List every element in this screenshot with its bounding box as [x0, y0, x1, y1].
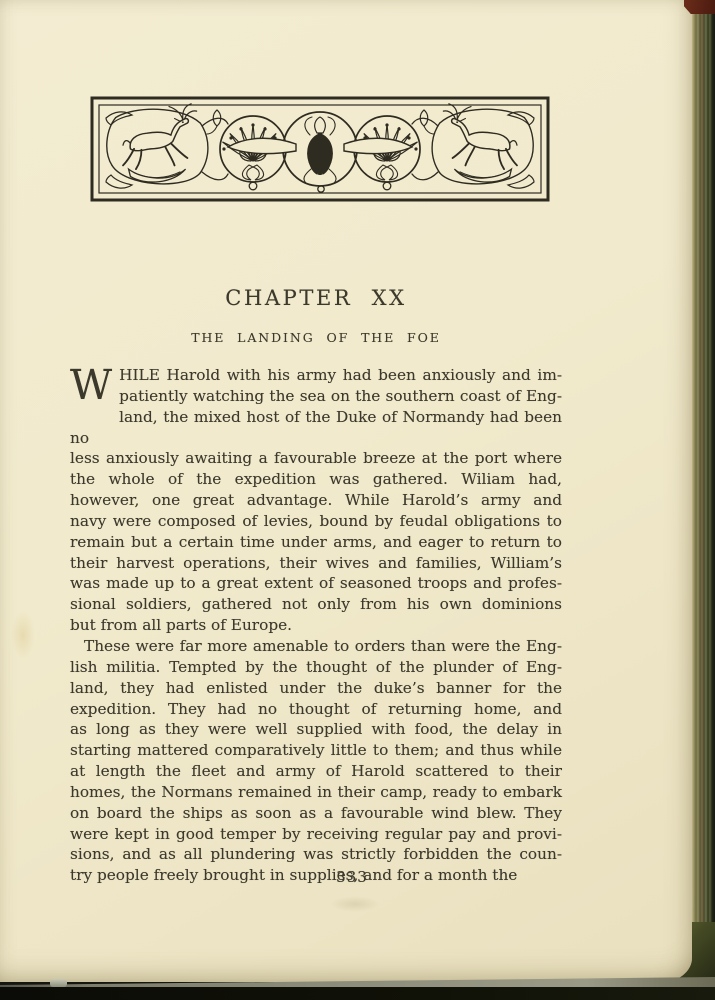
text-line: sions, and as all plundering was strictl…	[70, 844, 562, 865]
text-line: as long as they were well supplied with …	[70, 719, 562, 740]
text-line: starting mattered comparatively little t…	[70, 740, 562, 761]
book-photo: CHAPTER XX THE LANDING OF THE FOE W HILE…	[0, 0, 715, 1000]
text-line: expedition. They had no thought of retur…	[70, 699, 562, 720]
paragraph: W HILE Harold with his army had been anx…	[70, 365, 562, 636]
text-line: sional soldiers, gathered not only from …	[70, 594, 562, 615]
text-line: patiently watching the sea on the southe…	[70, 386, 562, 407]
text-line: but from all parts of Europe.	[70, 615, 562, 636]
text-line: These were far more amenable to orders t…	[70, 636, 562, 657]
text-line: remain but a certain time under arms, an…	[70, 532, 562, 553]
text-line: homes, the Normans remained in their cam…	[70, 782, 562, 803]
deer-left-icon	[107, 104, 208, 184]
body-text: W HILE Harold with his army had been anx…	[70, 365, 562, 886]
book-page: CHAPTER XX THE LANDING OF THE FOE W HILE…	[0, 0, 692, 982]
page-edges-right	[690, 0, 715, 1000]
text-line: land, they had enlisted under the duke’s…	[70, 678, 562, 699]
text-line: at length the fleet and army of Harold s…	[70, 761, 562, 782]
text-line: on board the ships as soon as a favourab…	[70, 803, 562, 824]
deer-right-icon	[432, 104, 533, 184]
drop-cap: W	[70, 366, 112, 408]
text-line: were kept in good temper by receiving re…	[70, 824, 562, 845]
text-line: their harvest operations, their wives an…	[70, 553, 562, 574]
text-line: HILE Harold with his army had been anxio…	[70, 365, 562, 386]
page-number: 333	[82, 868, 622, 886]
header-ornament-engraving	[90, 96, 550, 202]
text-line: navy were composed of levies, bound by f…	[70, 511, 562, 532]
text-line: land, the mixed host of the Duke of Norm…	[70, 407, 562, 449]
chapter-heading: CHAPTER XX	[70, 286, 562, 310]
text-line: less anxiously awaiting a favourable bre…	[70, 448, 562, 469]
center-medallion-icon	[228, 112, 412, 186]
text-line: however, one great advantage. While Haro…	[70, 490, 562, 511]
text-line: lish militia. Tempted by the thought of …	[70, 657, 562, 678]
paragraph: These were far more amenable to orders t…	[70, 636, 562, 886]
text-line: the whole of the expedition was gathered…	[70, 469, 562, 490]
text-line: was made up to a great extent of seasone…	[70, 573, 562, 594]
bevel-highlight-nub	[50, 979, 67, 987]
book-cover-bottom	[0, 987, 715, 1000]
paper-stain	[6, 600, 40, 670]
section-title: THE LANDING OF THE FOE	[70, 330, 562, 345]
paper-stain	[320, 893, 390, 915]
